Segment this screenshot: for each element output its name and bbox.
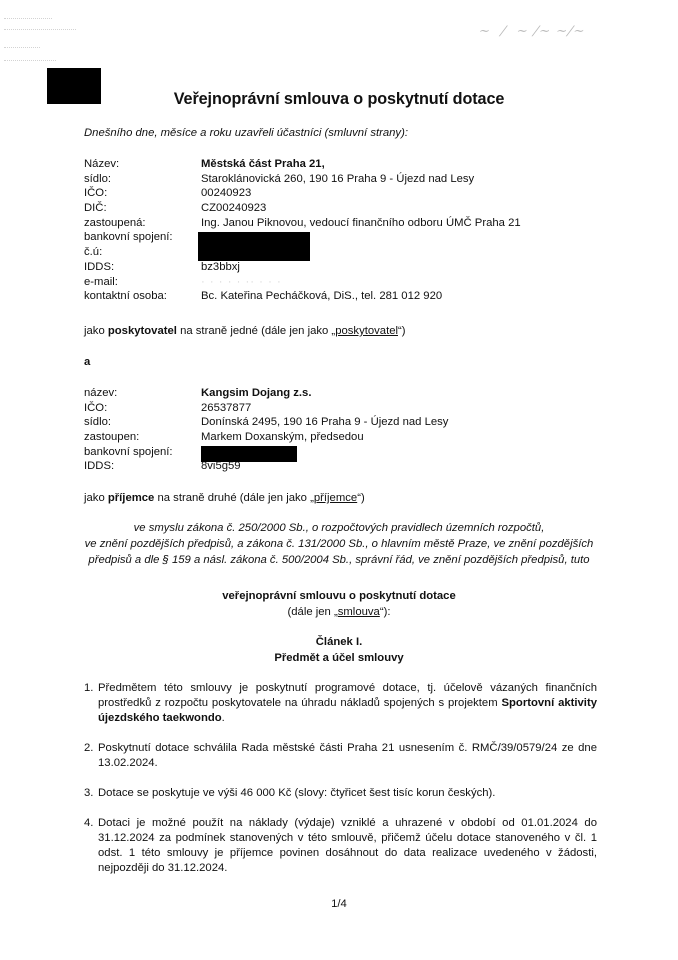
stamp-line [4,29,76,35]
recipient-representative-row: zastoupen:Markem Doxanským, předsedou [84,430,604,445]
recipient-details: název:Kangsim Dojang z.s. IČO:26537877 s… [84,386,604,474]
provider-dic-row: DIČ:CZ00240923 [84,201,604,216]
list-item: 3. Dotace se poskytuje ve výši 46 000 Kč… [84,786,597,801]
contract-heading: veřejnoprávní smlouvu o poskytnutí dotac… [0,588,678,620]
recipient-role-statement: jako příjemce na straně druhé (dále jen … [84,492,365,504]
list-item: 1. Předmětem této smlouvy je poskytnutí … [84,681,597,726]
handwritten-reference: ~ / ~ /~ ~/~ [475,24,650,46]
recipient-ico-row: IČO:26537877 [84,401,604,416]
recipient-idds-row: IDDS:8vi5g59 [84,459,604,474]
redaction-box [201,446,297,462]
conjunction: a [84,356,90,368]
provider-name: Městská část Praha 21, [201,157,604,172]
article-number: Článek I. [0,634,678,650]
list-item: 2. Poskytnutí dotace schválila Rada měst… [84,741,597,771]
stamp-line [4,60,56,66]
provider-idds-row: IDDS:bz3bbxj [84,260,604,275]
recipient-name-row: název:Kangsim Dojang z.s. [84,386,604,401]
article-title: Předmět a účel smlouvy [0,650,678,666]
article-heading: Článek I. Předmět a účel smlouvy [0,634,678,666]
provider-role-statement: jako poskytovatel na straně jedné (dále … [84,325,406,337]
stamp-line [4,47,40,53]
document-title: Veřejnoprávní smlouva o poskytnutí dotac… [0,90,678,109]
provider-representative-row: zastoupená:Ing. Janou Piknovou, vedoucí … [84,216,604,231]
provider-email-row: e-mail:· · · · · ·· · · · [84,275,604,290]
page-number: 1/4 [0,898,678,910]
illegible-email: · · · · · ·· · · · [201,275,604,290]
intro-text: Dnešního dne, měsíce a roku uzavřeli úča… [84,127,408,139]
recipient-bank-row: bankovní spojení: [84,445,604,460]
stamp-line [4,18,52,24]
provider-details: Název:Městská část Praha 21, sídlo:Staro… [84,157,604,304]
redaction-box [198,232,310,261]
recipient-seat-row: sídlo:Donínská 2495, 190 16 Praha 9 - Új… [84,415,604,430]
provider-ico-row: IČO:00240923 [84,186,604,201]
provider-contact-row: kontaktní osoba:Bc. Kateřina Pecháčková,… [84,289,604,304]
provider-seat-row: sídlo:Staroklánovická 260, 190 16 Praha … [84,172,604,187]
list-item: 4. Dotaci je možné použít na náklady (vý… [84,816,597,876]
article-items: 1. Předmětem této smlouvy je poskytnutí … [84,681,597,876]
legal-basis: ve smyslu zákona č. 250/2000 Sb., o rozp… [0,520,678,568]
recipient-name: Kangsim Dojang z.s. [201,386,604,401]
provider-account-row: č.ú: [84,245,604,260]
provider-name-row: Název:Městská část Praha 21, [84,157,604,172]
provider-bank-row: bankovní spojení: [84,230,604,245]
